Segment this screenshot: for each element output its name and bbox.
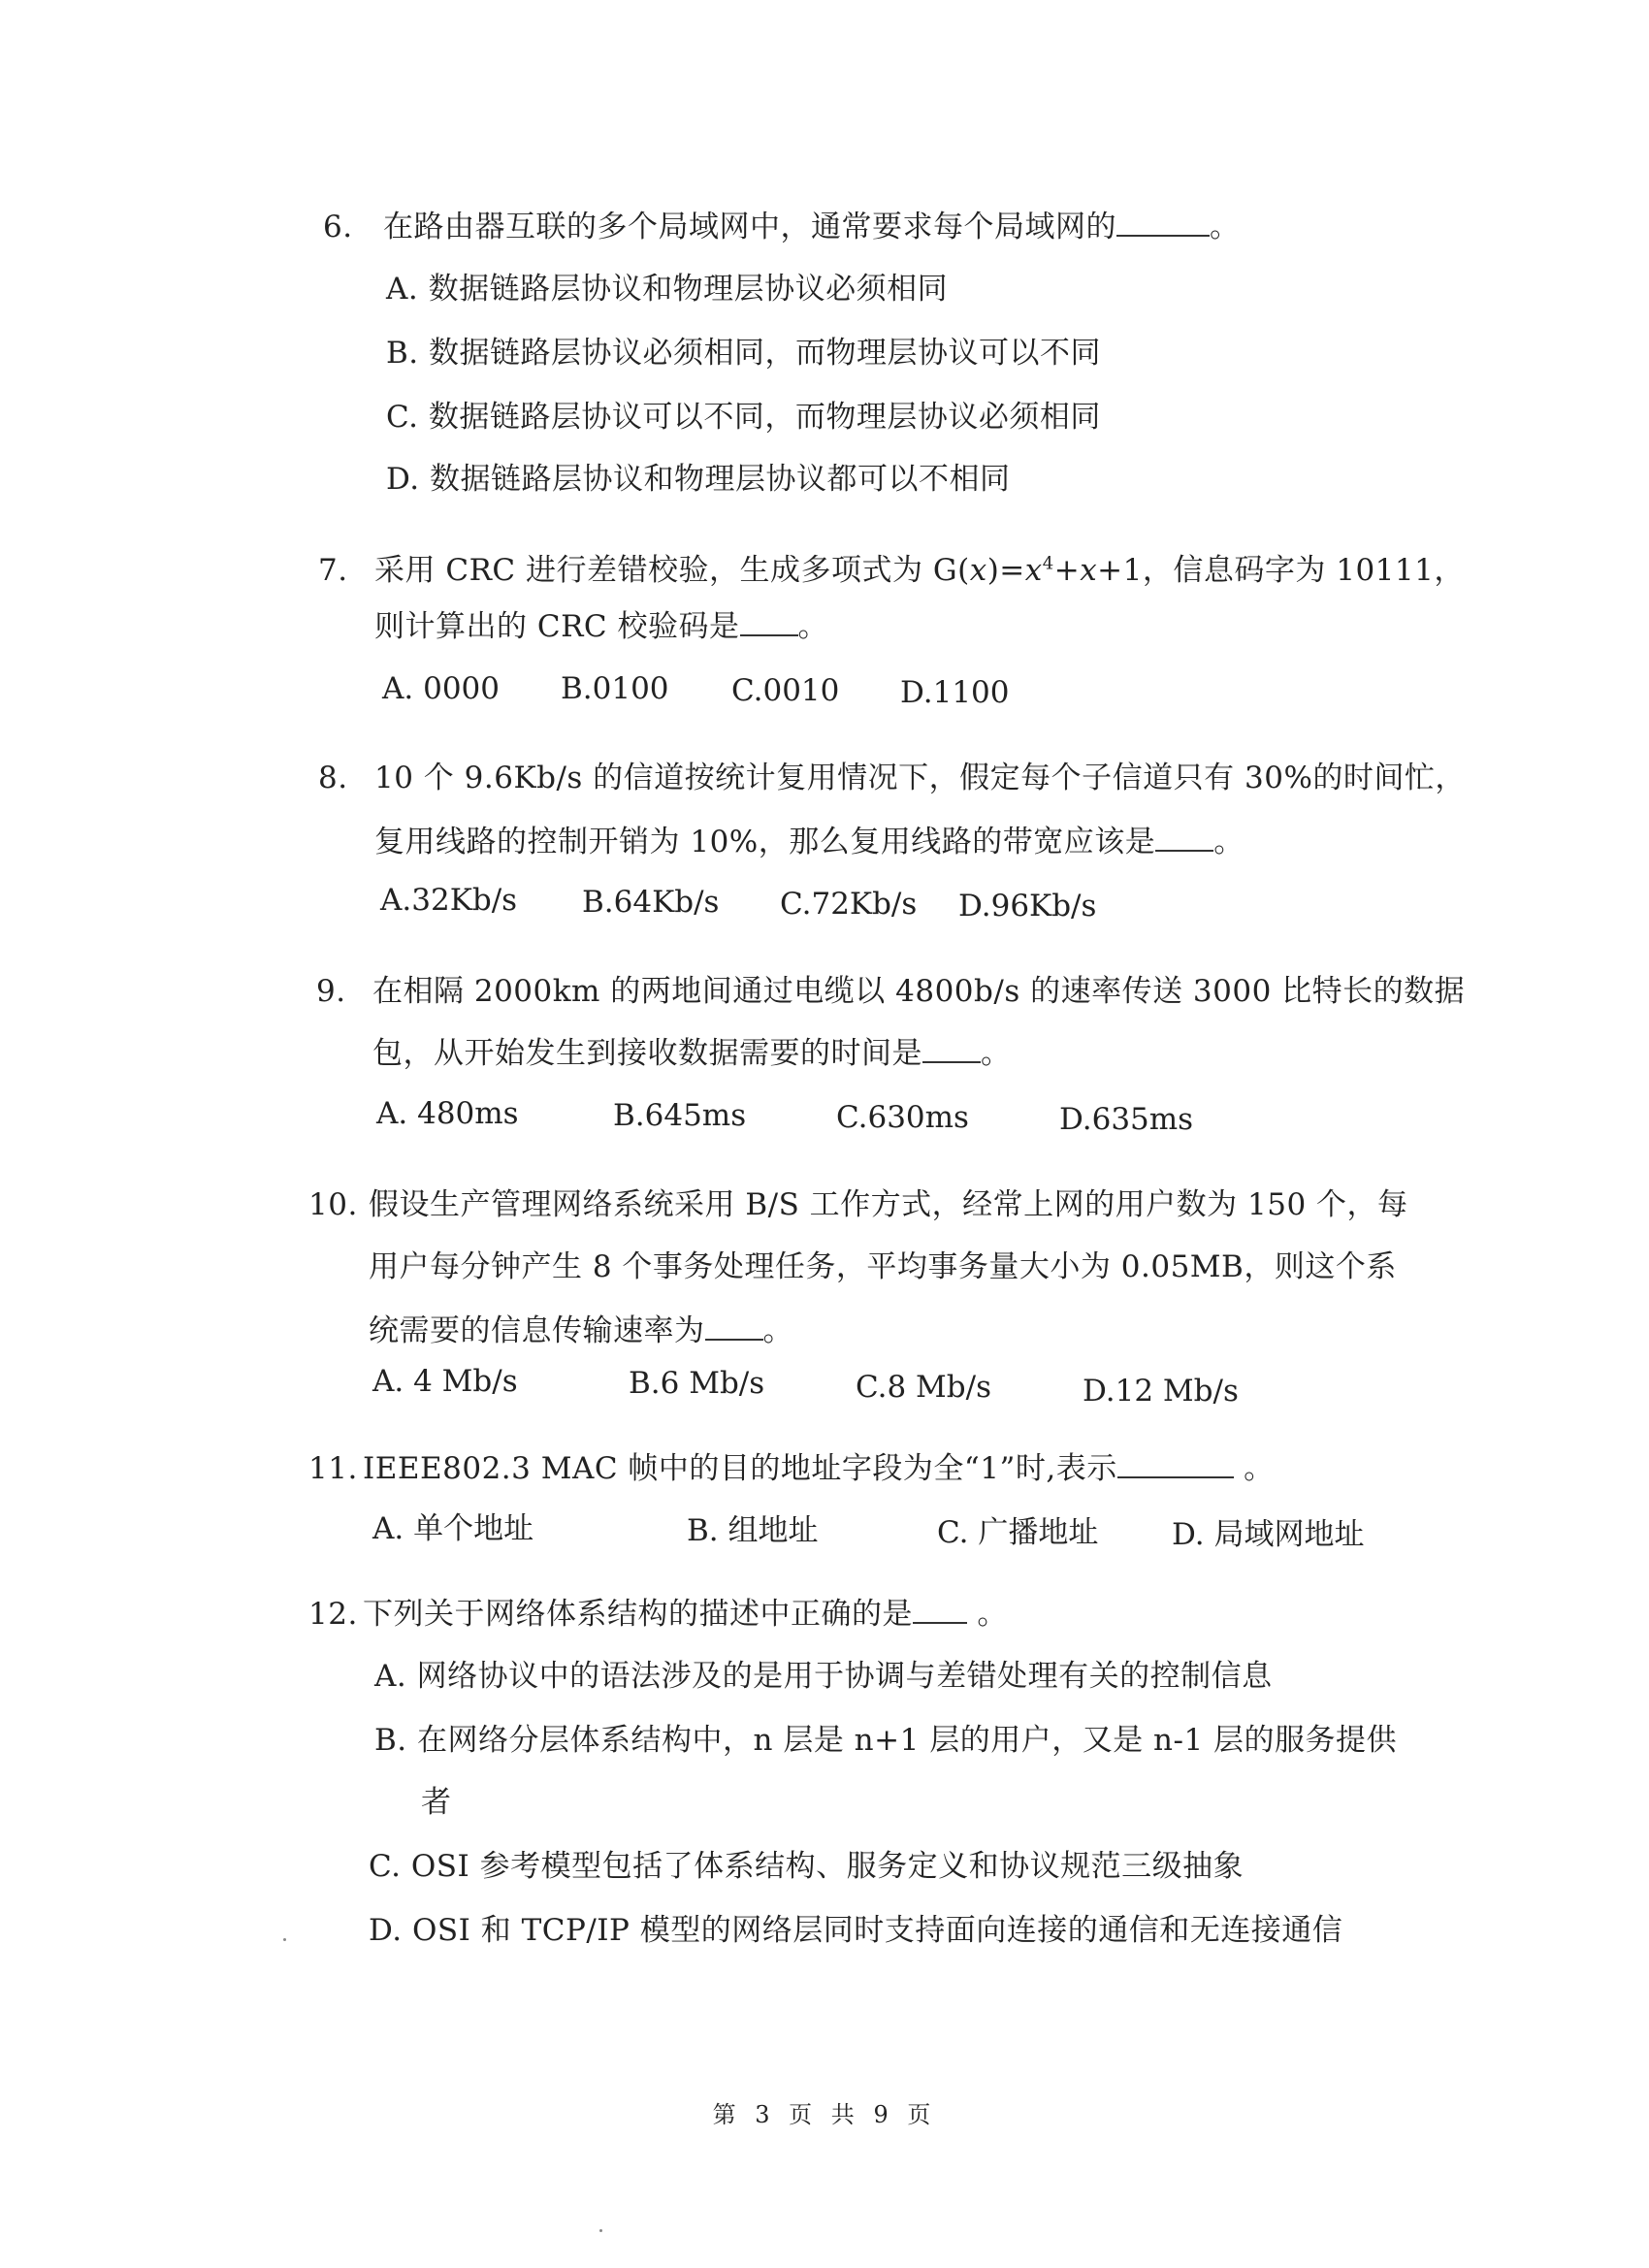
question-7-stem: 7.采用 CRC 进行差错校验，生成多项式为 G(x)=x4+x+1，信息码字为… [318, 551, 1465, 590]
question-7-option-d: D.1100 [900, 673, 1010, 712]
option-text: 480ms [417, 1096, 518, 1131]
question-12-option-b: B. 在网络分层体系结构中，n 层是 n+1 层的用户，又是 n-1 层的服务提… [374, 1721, 1397, 1760]
question-text: )= [987, 553, 1025, 588]
option-label: B. [374, 1723, 407, 1758]
option-text: OSI 参考模型包括了体系结构、服务定义和协议规范三级抽象 [411, 1849, 1244, 1884]
period: 。 [763, 1313, 794, 1348]
option-text: 64Kb/s [614, 885, 720, 920]
question-text: 在相隔 2000km 的两地间通过电缆以 4800b/s 的速率传送 3000 … [372, 974, 1465, 1009]
option-label: B. [582, 885, 614, 920]
question-text: 10 个 9.6Kb/s 的信道按统计复用情况下，假定每个子信道只有 30%的时… [374, 761, 1466, 795]
question-7-option-a: A. 0000 [382, 669, 500, 708]
question-number: 7. [318, 551, 374, 590]
option-label: B. [629, 1366, 661, 1401]
option-text: 数据链路层协议必须相同，而物理层协议可以不同 [429, 336, 1101, 371]
question-11-option-b: B. 组地址 [687, 1511, 819, 1550]
option-text: 数据链路层协议可以不同，而物理层协议必须相同 [429, 400, 1101, 435]
period: 。 [798, 609, 829, 644]
answer-blank [1155, 821, 1213, 852]
question-10-stem-line3: 统需要的信息传输速率为。 [369, 1310, 793, 1350]
question-6-option-d: D. 数据链路层协议和物理层协议都可以不相同 [386, 460, 1010, 499]
option-text: 12 Mb/s [1115, 1374, 1239, 1409]
question-11-option-d: D. 局域网地址 [1172, 1515, 1364, 1554]
option-text: 单个地址 [413, 1511, 533, 1546]
option-text: 广播地址 [978, 1515, 1098, 1550]
question-7-stem-line2: 则计算出的 CRC 校验码是。 [374, 605, 828, 646]
option-label: C. [369, 1849, 401, 1884]
option-text: 网络协议中的语法涉及的是用于协调与差错处理有关的控制信息 [417, 1659, 1273, 1694]
option-label: B. [561, 671, 593, 706]
question-text: + [1054, 553, 1080, 588]
option-label: A. [376, 1096, 407, 1131]
option-text: 0100 [593, 671, 669, 706]
option-label: C. [386, 400, 418, 435]
question-number: 6. [323, 208, 383, 246]
question-text: 用户每分钟产生 8 个事务处理任务，平均事务量大小为 0.05MB，则这个系 [369, 1249, 1397, 1284]
period: 。 [1244, 1451, 1275, 1486]
question-12-option-c: C. OSI 参考模型包括了体系结构、服务定义和协议规范三级抽象 [369, 1847, 1244, 1886]
option-label: C. [731, 673, 762, 708]
question-6-stem: 6.在路由器互联的多个局域网中，通常要求每个局域网的。 [323, 206, 1241, 246]
option-text: 组地址 [728, 1513, 819, 1548]
question-7-option-c: C.0010 [731, 671, 839, 710]
option-label: B. [613, 1098, 645, 1133]
option-text: 630ms [867, 1100, 968, 1135]
exponent: 4 [1043, 554, 1054, 574]
question-number: 8. [318, 759, 374, 797]
question-8-stem: 8.10 个 9.6Kb/s 的信道按统计复用情况下，假定每个子信道只有 30%… [318, 759, 1466, 797]
option-text: 0000 [423, 671, 500, 706]
question-text: 包，从开始发生到接收数据需要的时间是 [372, 1036, 922, 1071]
option-label: D. [1059, 1102, 1092, 1137]
question-10-stem: 10.假设生产管理网络系统采用 B/S 工作方式，经常上网的用户数为 150 个… [308, 1185, 1408, 1224]
option-text: 局域网地址 [1213, 1517, 1364, 1552]
option-text: 635ms [1092, 1102, 1193, 1137]
question-6-option-c: C. 数据链路层协议可以不同，而物理层协议必须相同 [386, 398, 1101, 437]
question-text: 下列关于网络体系结构的描述中正确的是 [363, 1597, 913, 1632]
question-11-option-a: A. 单个地址 [372, 1509, 533, 1548]
question-10-option-b: B.6 Mb/s [629, 1364, 764, 1403]
option-label: D. [900, 675, 933, 710]
variable-x: x [1080, 553, 1097, 588]
option-text: 数据链路层协议和物理层协议必须相同 [429, 272, 949, 307]
question-9-option-b: B.645ms [613, 1096, 746, 1135]
question-10-option-c: C.8 Mb/s [856, 1368, 991, 1407]
question-text: 复用线路的控制开销为 10%，那么复用线路的带宽应该是 [374, 825, 1155, 859]
answer-blank [740, 605, 798, 636]
question-9-option-d: D.635ms [1059, 1100, 1193, 1139]
option-label: C. [856, 1370, 887, 1405]
question-9-stem-line2: 包，从开始发生到接收数据需要的时间是。 [372, 1032, 1012, 1073]
period: 。 [1210, 210, 1241, 244]
option-text: 96Kb/s [991, 889, 1097, 923]
option-label: A. [374, 1659, 406, 1694]
page-footer: 第 3 页 共 9 页 [0, 2095, 1649, 2129]
question-8-option-a: A.32Kb/s [380, 881, 517, 920]
question-6-option-a: A. 数据链路层协议和物理层协议必须相同 [386, 270, 948, 308]
option-label: B. [687, 1513, 719, 1548]
question-number: 10. [308, 1185, 369, 1224]
option-label: A. [382, 671, 413, 706]
variable-x: x [970, 553, 987, 588]
question-11-option-c: C. 广播地址 [937, 1513, 1098, 1552]
option-label: D. [1172, 1517, 1205, 1552]
question-9-option-c: C.630ms [836, 1098, 969, 1137]
question-text: 在路由器互联的多个局域网中，通常要求每个局域网的 [383, 210, 1116, 244]
option-label: D. [386, 462, 420, 497]
option-label: C. [836, 1100, 867, 1135]
question-8-option-d: D.96Kb/s [958, 887, 1096, 925]
option-label: A. [386, 272, 418, 307]
question-12-option-b-line2: 者 [421, 1783, 452, 1822]
question-number: 9. [316, 972, 372, 1011]
question-text: 则计算出的 CRC 校验码是 [374, 609, 740, 644]
question-8-stem-line2: 复用线路的控制开销为 10%，那么复用线路的带宽应该是。 [374, 821, 1245, 861]
question-10-stem-line2: 用户每分钟产生 8 个事务处理任务，平均事务量大小为 0.05MB，则这个系 [369, 1247, 1397, 1286]
question-8-option-c: C.72Kb/s [780, 885, 917, 923]
answer-blank [1117, 1447, 1234, 1478]
question-12-stem: 12.下列关于网络体系结构的描述中正确的是 。 [308, 1593, 1008, 1634]
scan-speck [283, 1938, 286, 1941]
option-label: C. [780, 887, 811, 922]
option-text: 6 Mb/s [661, 1366, 765, 1401]
question-10-option-a: A. 4 Mb/s [372, 1362, 518, 1401]
period: 。 [977, 1597, 1008, 1632]
question-text: 假设生产管理网络系统采用 B/S 工作方式，经常上网的用户数为 150 个，每 [369, 1187, 1408, 1222]
option-label: A. [372, 1511, 404, 1546]
option-text: 在网络分层体系结构中，n 层是 n+1 层的用户，又是 n-1 层的服务提供 [417, 1723, 1397, 1758]
period: 。 [1213, 825, 1245, 859]
question-text: +1，信息码字为 10111， [1097, 553, 1465, 588]
option-text: 0010 [762, 673, 839, 708]
question-number: 12. [308, 1595, 363, 1634]
question-9-option-a: A. 480ms [376, 1094, 519, 1133]
scan-speck [599, 2229, 602, 2232]
option-text: 数据链路层协议和物理层协议都可以不相同 [430, 462, 1011, 497]
answer-blank [705, 1310, 763, 1341]
option-text: OSI 和 TCP/IP 模型的网络层同时支持面向连接的通信和无连接通信 [412, 1913, 1342, 1948]
option-text: 者 [421, 1785, 452, 1820]
period: 。 [981, 1036, 1012, 1071]
option-text: 645ms [645, 1098, 746, 1133]
option-label: D. [369, 1913, 403, 1948]
question-text: 采用 CRC 进行差错校验，生成多项式为 G( [374, 553, 970, 588]
question-12-option-a: A. 网络协议中的语法涉及的是用于协调与差错处理有关的控制信息 [374, 1657, 1273, 1696]
option-text: 1100 [933, 675, 1010, 710]
question-8-option-b: B.64Kb/s [582, 883, 719, 922]
question-6-option-b: B. 数据链路层协议必须相同，而物理层协议可以不同 [386, 334, 1101, 373]
option-label: A. [380, 883, 411, 918]
question-9-stem: 9.在相隔 2000km 的两地间通过电缆以 4800b/s 的速率传送 300… [316, 972, 1465, 1011]
answer-blank [1116, 206, 1210, 237]
question-text: 统需要的信息传输速率为 [369, 1313, 705, 1348]
option-text: 8 Mb/s [887, 1370, 991, 1405]
question-12-option-d: D. OSI 和 TCP/IP 模型的网络层同时支持面向连接的通信和无连接通信 [369, 1911, 1342, 1950]
question-7-option-b: B.0100 [561, 669, 669, 708]
option-text: 32Kb/s [411, 883, 517, 918]
option-label: D. [1083, 1374, 1115, 1409]
answer-blank [913, 1593, 967, 1624]
option-label: A. [372, 1364, 404, 1399]
question-10-option-d: D.12 Mb/s [1083, 1372, 1239, 1410]
option-label: B. [386, 336, 419, 371]
variable-x: x [1025, 553, 1043, 588]
option-label: D. [958, 889, 991, 923]
question-text: IEEE802.3 MAC 帧中的目的地址字段为全“1”时,表示 [363, 1451, 1117, 1486]
question-number: 11. [308, 1449, 363, 1488]
answer-blank [922, 1032, 981, 1063]
option-text: 4 Mb/s [413, 1364, 518, 1399]
question-11-stem: 11.IEEE802.3 MAC 帧中的目的地址字段为全“1”时,表示 。 [308, 1447, 1275, 1488]
option-label: C. [937, 1515, 968, 1550]
option-text: 72Kb/s [811, 887, 917, 922]
